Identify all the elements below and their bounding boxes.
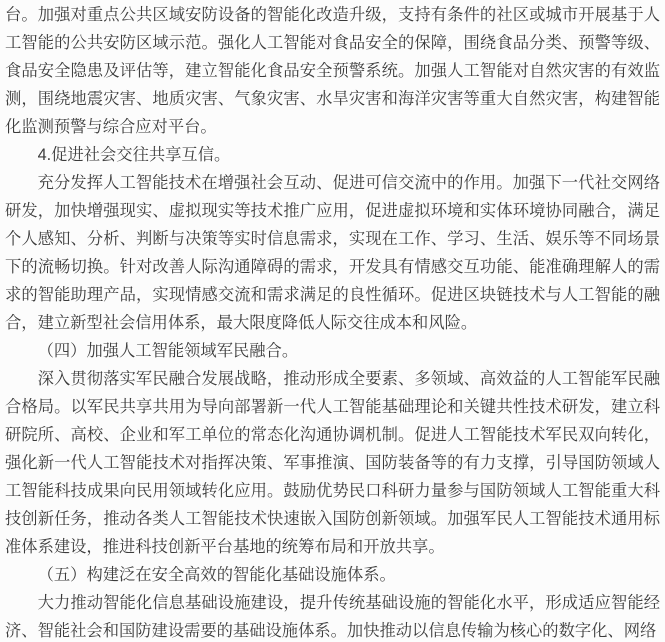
- paragraph-heading-section-5: （五）构建泛在安全高效的智能化基础设施体系。: [5, 561, 660, 589]
- document-page: 台。加强对重点公共区域安防设备的智能化改造升级，支持有条件的社区或城市开展基于人…: [0, 0, 665, 642]
- paragraph-body: 深入贯彻落实军民融合发展战略，推动形成全要素、多领域、高效益的人工智能军民融合格…: [5, 365, 660, 561]
- paragraph-heading-item-4: 4.促进社会交往共享互信。: [5, 141, 660, 169]
- paragraph-body-truncated: 大力推动智能化信息基础设施建设，提升传统基础设施的智能化水平，形成适应智能经济、…: [5, 589, 660, 642]
- paragraph-body: 充分发挥人工智能技术在增强社会互动、促进可信交流中的作用。加强下一代社交网络研发…: [5, 169, 660, 337]
- paragraph-heading-section-4: （四）加强人工智能领域军民融合。: [5, 337, 660, 365]
- paragraph-continuation: 台。加强对重点公共区域安防设备的智能化改造升级，支持有条件的社区或城市开展基于人…: [5, 1, 660, 141]
